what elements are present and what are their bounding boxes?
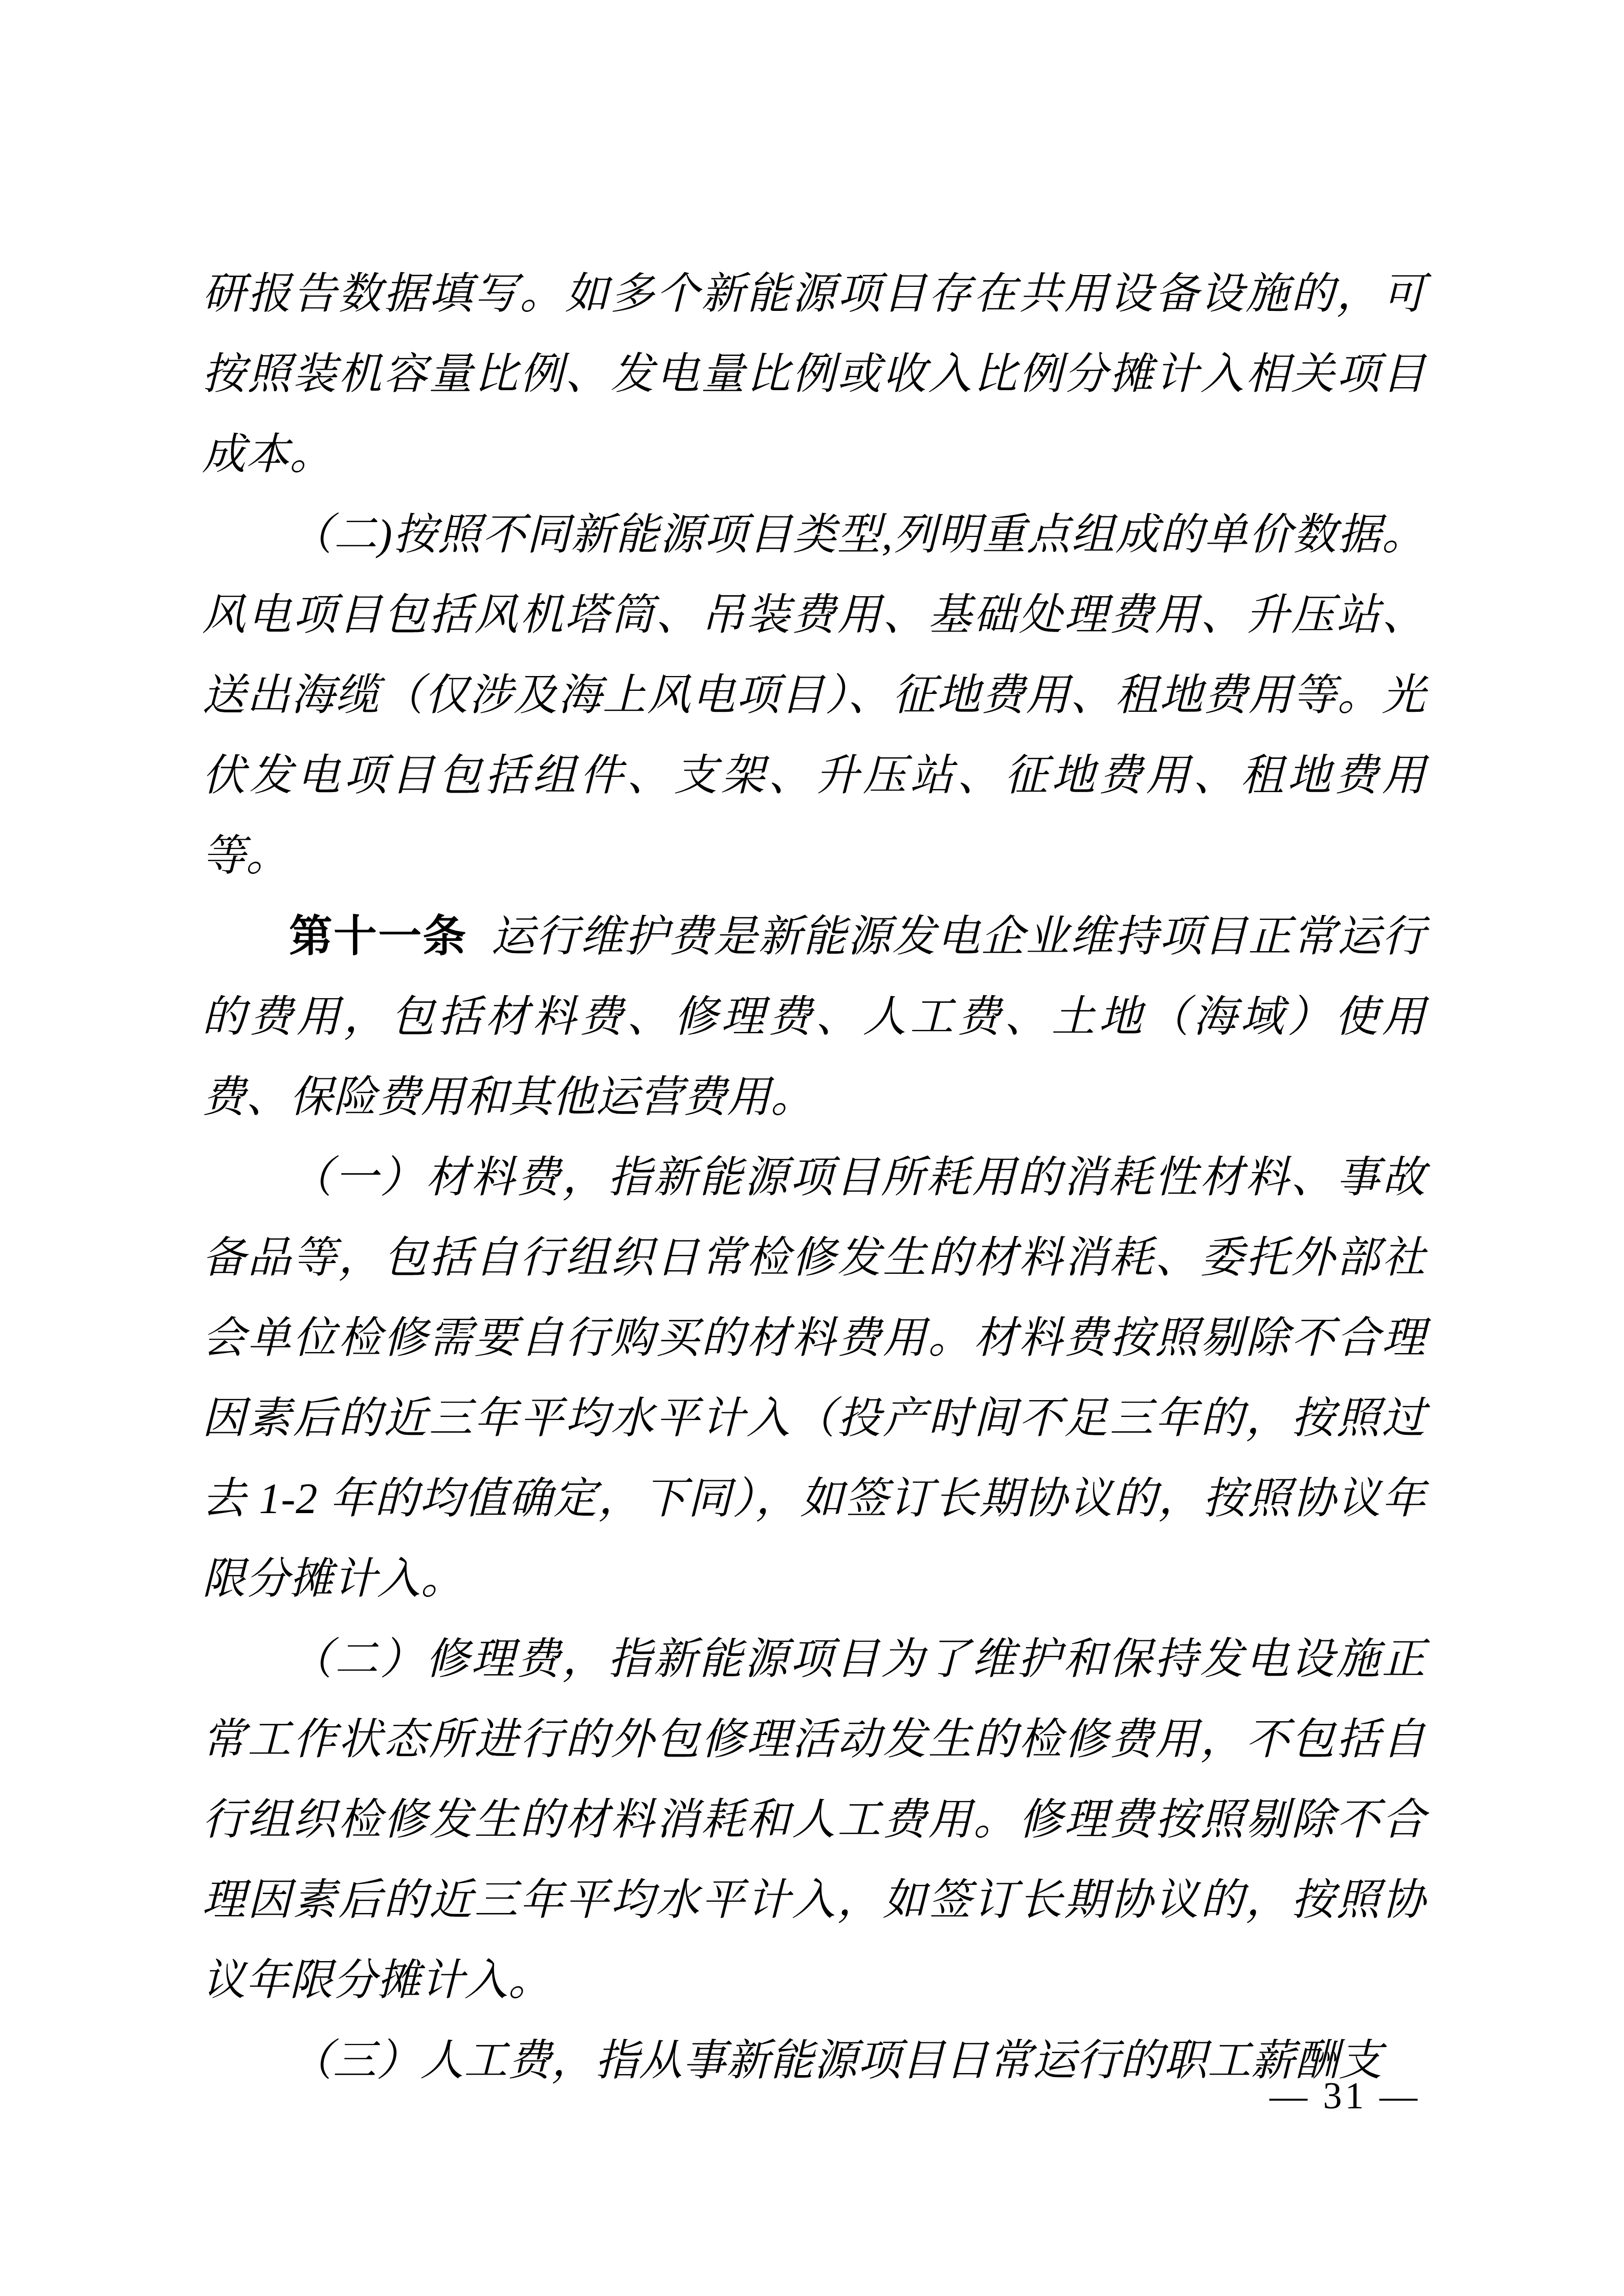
paragraph-text: （二）修理费，指新能源项目为了维护和保持发电设施正常工作状态所进行的外包修理活动… [202, 1635, 1426, 2005]
paragraph-continuation: 研报告数据填写。如多个新能源项目存在共用设备设施的，可按照装机容量比例、发电量比… [202, 254, 1426, 495]
paragraph-item-2-repair-fee: （二）修理费，指新能源项目为了维护和保持发电设施正常工作状态所进行的外包修理活动… [202, 1619, 1426, 2021]
document-page: 研报告数据填写。如多个新能源项目存在共用设备设施的，可按照装机容量比例、发电量比… [0, 0, 1624, 2296]
article-number-label: 第十一条 [289, 912, 467, 961]
paragraph-article-11: 第十一条运行维护费是新能源发电企业维持项目正常运行的费用，包括材料费、修理费、人… [202, 896, 1426, 1138]
paragraph-item-1-material-fee: （一）材料费，指新能源项目所耗用的消耗性材料、事故备品等，包括自行组织日常检修发… [202, 1138, 1426, 1619]
paragraph-item-3-labor-fee: （三）人工费，指从事新能源项目日常运行的职工薪酬支 [202, 2021, 1426, 2101]
page-number: — 31 — [1270, 2077, 1420, 2115]
paragraph-text: （二)按照不同新能源项目类型,列明重点组成的单价数据。风电项目包括风机塔筒、吊装… [202, 511, 1426, 880]
paragraph-text: 研报告数据填写。如多个新能源项目存在共用设备设施的，可按照装机容量比例、发电量比… [202, 270, 1426, 479]
paragraph-item-2-unit-price: （二)按照不同新能源项目类型,列明重点组成的单价数据。风电项目包括风机塔筒、吊装… [202, 495, 1426, 896]
document-body: 研报告数据填写。如多个新能源项目存在共用设备设施的，可按照装机容量比例、发电量比… [202, 254, 1426, 2101]
paragraph-text: （三）人工费，指从事新能源项目日常运行的职工薪酬支 [289, 2037, 1383, 2085]
paragraph-text: （一）材料费，指新能源项目所耗用的消耗性材料、事故备品等，包括自行组织日常检修发… [202, 1154, 1426, 1603]
